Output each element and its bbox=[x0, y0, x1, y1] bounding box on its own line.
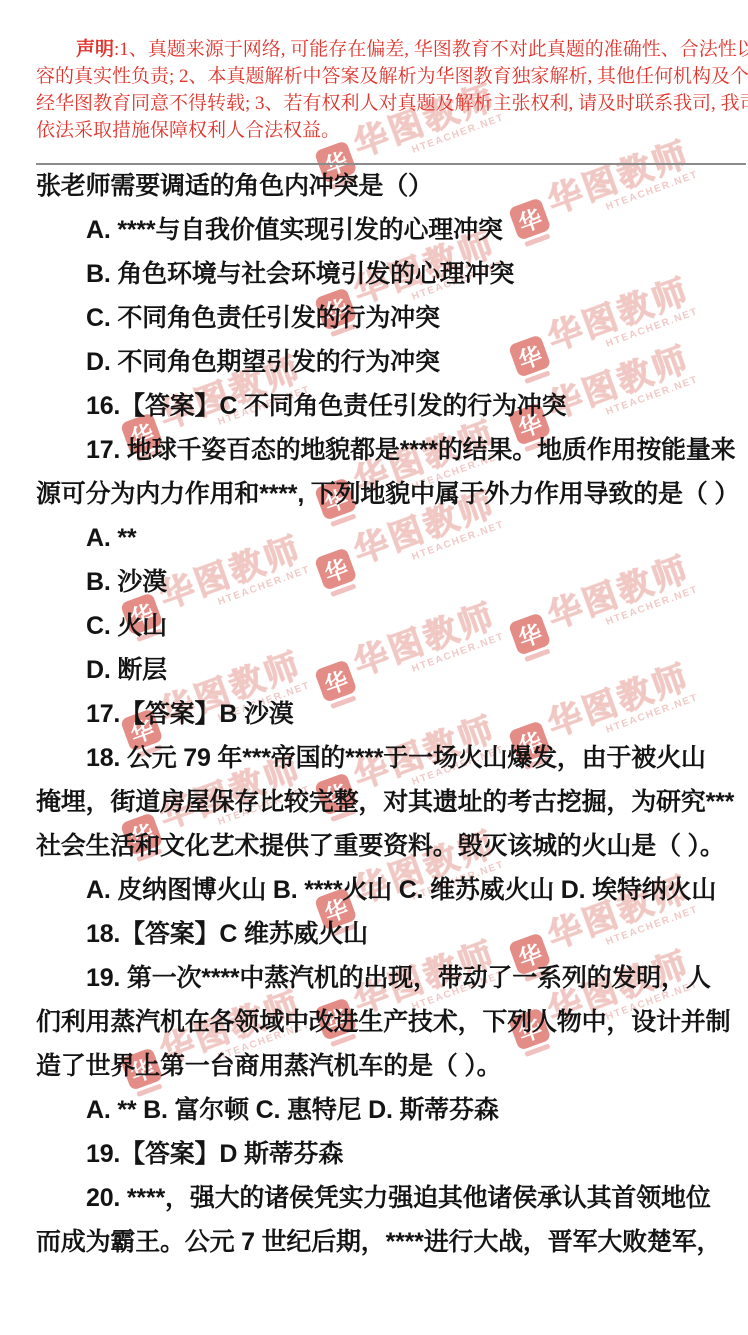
question-line: 掩埋，街道房屋保存比较完整，对其遗址的考古挖掘，为研究*** bbox=[36, 786, 734, 819]
option-line: B. 沙漠 bbox=[86, 566, 167, 599]
disclaimer-line: 容的真实性负责; 2、本真题解析中答案及解析为华图教育独家解析, 其他任何机构及… bbox=[36, 63, 748, 90]
logo-caption-mark bbox=[524, 233, 550, 247]
disclaimer-label: 声明 bbox=[76, 39, 114, 60]
option-line: D. 断层 bbox=[86, 654, 167, 687]
question-line: 张老师需要调适的角色内冲突是（） bbox=[36, 170, 433, 203]
logo-caption-mark bbox=[330, 513, 356, 527]
answer-line: 19.【答案】D 斯蒂芬森 bbox=[86, 1138, 343, 1171]
option-line: A. 皮纳图博火山 B. ****火山 C. 维苏威火山 D. 埃特纳火山 bbox=[86, 874, 716, 907]
logo-caption-mark bbox=[330, 583, 356, 597]
watermark: 华华图教师HTEACHER.NET bbox=[311, 598, 506, 706]
option-line: C. 不同角色责任引发的行为冲突 bbox=[86, 302, 440, 335]
option-line: A. ** B. 富尔顿 C. 惠特尼 D. 斯蒂芬森 bbox=[86, 1094, 499, 1127]
huatu-logo-icon: 华 bbox=[508, 612, 552, 656]
divider bbox=[36, 163, 746, 165]
disclaimer-line: 声明:1、真题来源于网络, 可能存在偏差, 华图教育不对此真题的准确性、合法性以… bbox=[36, 36, 748, 63]
question-line: 源可分为内力作用和****, 下列地貌中属于外力作用导致的是（ ） bbox=[36, 478, 739, 511]
watermark: 华华图教师HTEACHER.NET bbox=[505, 136, 700, 244]
option-line: B. 角色环境与社会环境引发的心理冲突 bbox=[86, 258, 514, 291]
question-line: 20. ****，强大的诸侯凭实力强迫其他诸侯承认其首领地位 bbox=[86, 1182, 711, 1215]
logo-caption-mark bbox=[330, 695, 356, 709]
option-line: D. 不同角色期望引发的行为冲突 bbox=[86, 346, 440, 379]
logo-caption-mark bbox=[524, 1043, 550, 1057]
answer-line: 18.【答案】C 维苏威火山 bbox=[86, 918, 368, 951]
option-line: A. ** bbox=[86, 522, 136, 555]
question-line: 18. 公元 79 年***帝国的****于一场火山爆发，由于被火山 bbox=[86, 742, 706, 775]
huatu-logo-icon: 华 bbox=[508, 197, 552, 241]
disclaimer: 声明:1、真题来源于网络, 可能存在偏差, 华图教育不对此真题的准确性、合法性以… bbox=[36, 36, 748, 144]
answer-line: 17.【答案】B 沙漠 bbox=[86, 698, 294, 731]
logo-caption-mark bbox=[524, 648, 550, 662]
question-line: 社会生活和文化艺术提供了重要资料。毁灭该城的火山是（ ）。 bbox=[36, 830, 725, 863]
option-line: C. 火山 bbox=[86, 610, 167, 643]
huatu-logo-icon: 华 bbox=[508, 334, 552, 378]
question-line: 19. 第一次****中蒸汽机的出现，带动了一系列的发明，人 bbox=[86, 962, 711, 995]
question-line: 17. 地球千姿百态的地貌都是****的结果。地质作用按能量来 bbox=[86, 434, 735, 467]
logo-caption-mark bbox=[524, 370, 550, 384]
huatu-logo-icon: 华 bbox=[314, 547, 358, 591]
document-page: 华华图教师HTEACHER.NET华华图教师HTEACHER.NET华华图教师H… bbox=[0, 0, 748, 1335]
watermark: 华华图教师HTEACHER.NET bbox=[505, 551, 700, 659]
question-line: 而成为霸王。公元 7 世纪后期，****进行大战，晋军大败楚军， bbox=[36, 1226, 721, 1259]
question-line: 们利用蒸汽机在各领域中改进生产技术，下列人物中，设计并制 bbox=[36, 1006, 730, 1039]
option-line: A. ****与自我价值实现引发的心理冲突 bbox=[86, 214, 503, 247]
huatu-logo-icon: 华 bbox=[314, 659, 358, 703]
question-line: 造了世界上第一台商用蒸汽机车的是（ ）。 bbox=[36, 1050, 501, 1083]
answer-line: 16.【答案】C 不同角色责任引发的行为冲突 bbox=[86, 390, 566, 423]
disclaimer-line: 经华图教育同意不得转载; 3、若有权利人对真题及解析主张权利, 请及时联系我司,… bbox=[36, 90, 748, 117]
disclaimer-line: 依法采取措施保障权利人合法权益。 bbox=[36, 117, 748, 144]
